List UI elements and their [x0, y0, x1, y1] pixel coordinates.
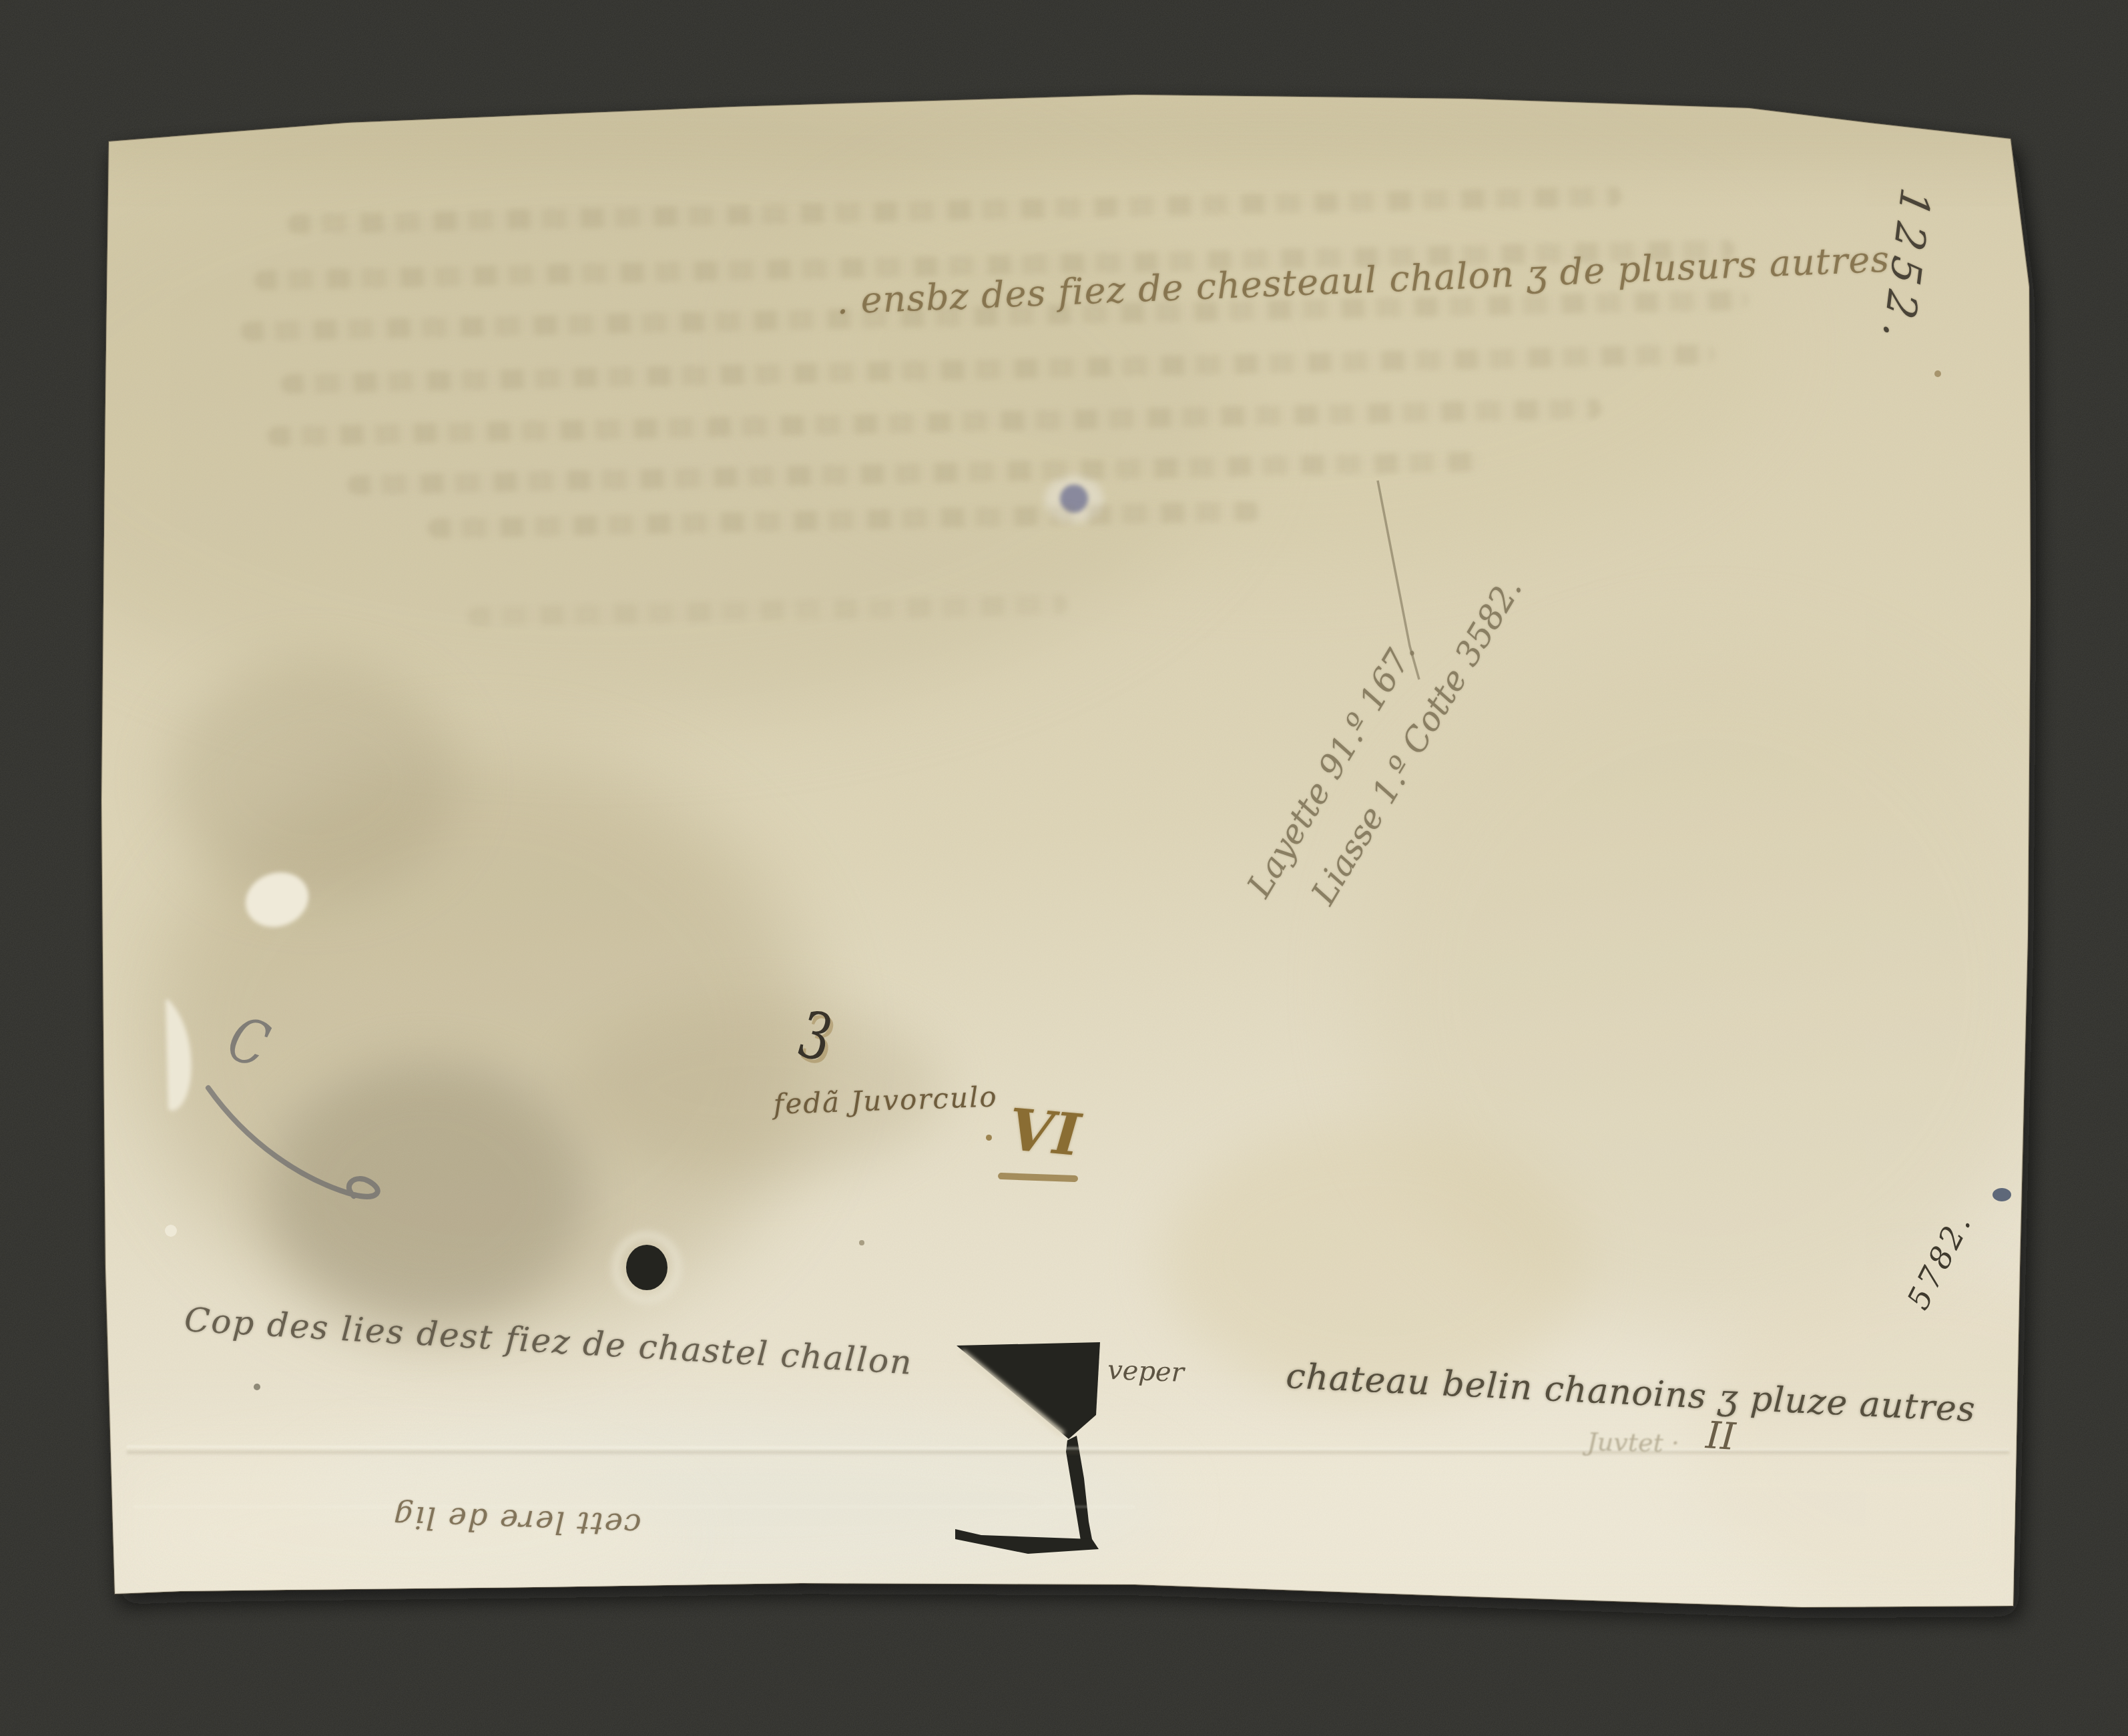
vi-dot-mark — [986, 1135, 992, 1141]
dark-fiber-speck — [1992, 1188, 2011, 1201]
roman-numeral-vi-annotation: VI — [1006, 1096, 1083, 1169]
veper-fragment-annotation: veper — [1107, 1355, 1184, 1388]
digitized-parchment-photo: 1252. . ensbz des fiez de chesteaul chal… — [0, 0, 2128, 1736]
faded-fragment-annotation: Juvtet · — [1587, 1427, 1679, 1458]
roman-numeral-ii-annotation: II — [1704, 1414, 1737, 1459]
